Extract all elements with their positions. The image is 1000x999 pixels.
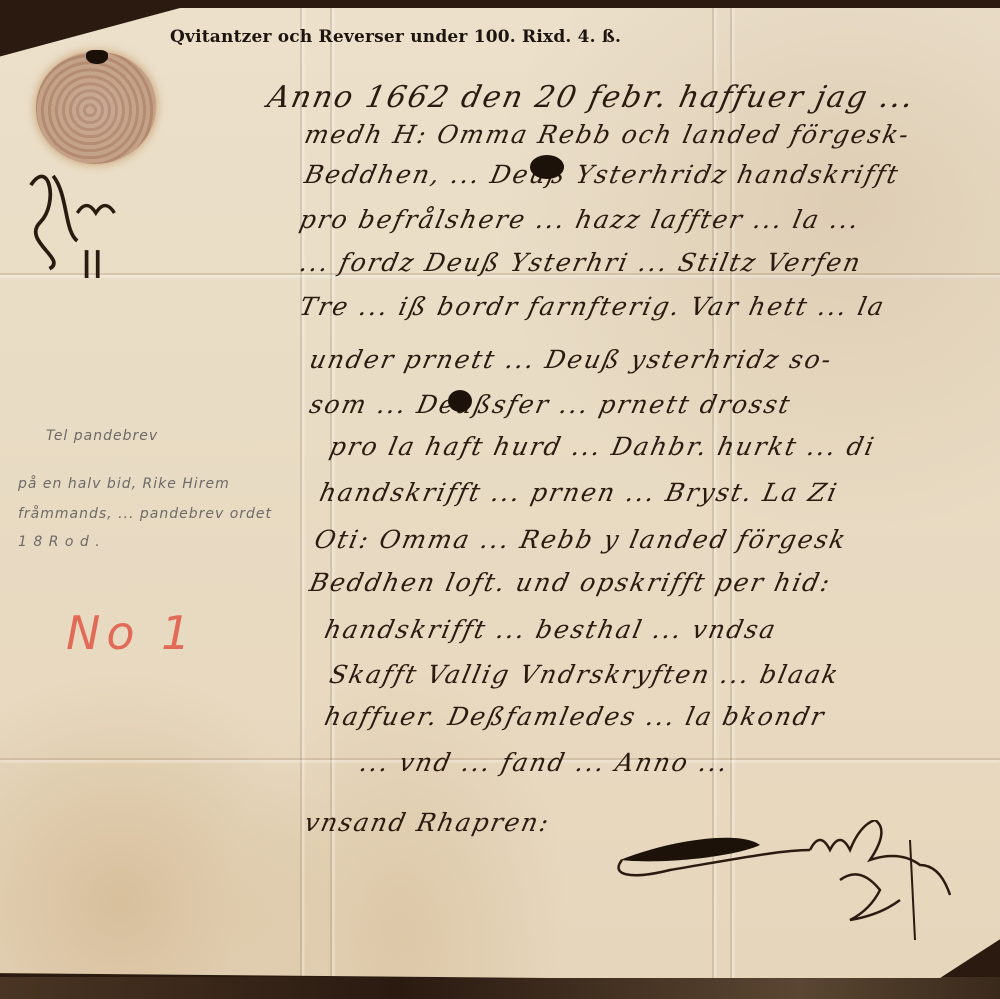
handwritten-line: som ... Deußsfer ... prnett drosst — [307, 390, 794, 419]
handwritten-line: Anno 1662 den 20 febr. haffuer jag ... — [264, 80, 918, 115]
archive-number-mark: No 1 — [66, 606, 196, 660]
handwritten-line: Tre ... iß bordr farnfterig. Var hett ..… — [297, 292, 888, 321]
left-margin-signature — [8, 148, 128, 278]
handwritten-line: ... fordz Deuß Ysterhri ... Stiltz Verfe… — [297, 248, 865, 277]
printed-stamp-header: Qvitantzer och Reverser under 100. Rixd.… — [170, 27, 621, 47]
handwritten-line: Skafft Vallig Vndrskryften ... blaak — [327, 660, 843, 689]
handwritten-line: handskrifft ... prnen ... Bryst. La Zi — [317, 478, 841, 507]
handwritten-line: Beddhen, ... Deuß Ysterhridz handskrifft — [302, 160, 902, 189]
handwritten-line: pro la haft hurd ... Dahbr. hurkt ... di — [327, 432, 878, 461]
pencil-note-line: 1 8 R o d . — [18, 534, 101, 550]
handwritten-line: Beddhen loft. und opskrifft per hid: — [307, 568, 834, 597]
ink-blot — [448, 390, 472, 412]
handwritten-line: pro befrålshere ... hazz laffter ... la … — [297, 205, 863, 234]
background-surface — [0, 977, 1000, 999]
pencil-note-line: Tel pandebrev — [46, 428, 158, 444]
signature — [610, 820, 990, 940]
pencil-note-line: på en halv bid, Rike Hirem — [18, 476, 230, 492]
handwritten-line: under prnett ... Deuß ysterhridz so- — [307, 345, 836, 374]
handwritten-line: medh H: Omma Rebb och landed förgesk- — [302, 120, 913, 149]
seal-hole — [86, 50, 108, 64]
ink-blot — [530, 155, 564, 179]
handwritten-line: vnsand Rhapren: — [302, 808, 553, 837]
handwritten-line: Oti: Omma ... Rebb y landed förgesk — [312, 525, 850, 554]
handwritten-line: handskrifft ... besthal ... vndsa — [322, 615, 780, 644]
handwritten-line: haffuer. Deßfamledes ... la bkondr — [322, 702, 828, 731]
handwritten-line: ... vnd ... fand ... Anno ... — [357, 748, 732, 777]
pencil-note-line: fråmmands, ... pandebrev ordet — [18, 506, 272, 522]
